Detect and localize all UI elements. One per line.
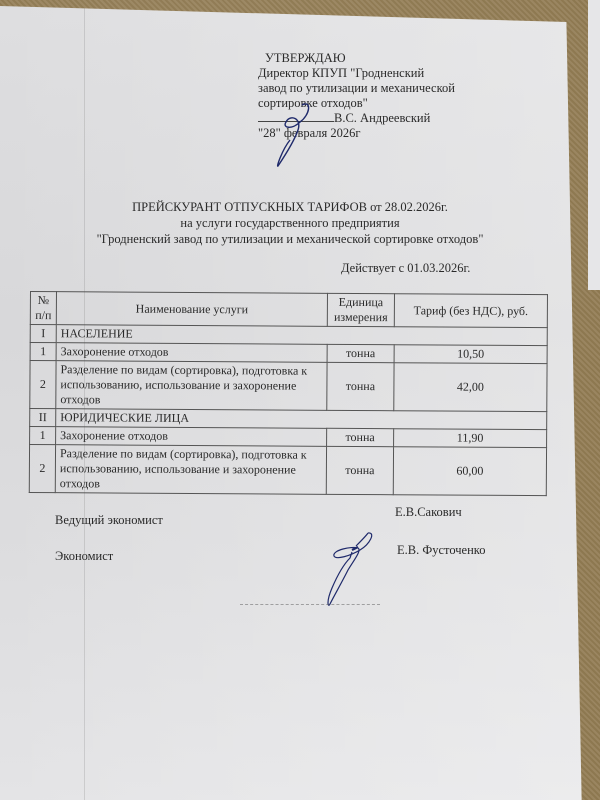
row-unit: тонна — [327, 428, 394, 446]
approval-line-1: Директор КПУП "Гродненский — [258, 66, 455, 81]
row-unit: тонна — [326, 446, 393, 494]
row-number: 2 — [29, 445, 55, 493]
approval-signer: В.С. Андреевский — [334, 111, 430, 125]
signer-position-economist: Экономист — [55, 549, 113, 564]
background-document-edge — [588, 0, 600, 290]
row-service-name: Разделение по видам (сортировка), подгот… — [55, 445, 326, 495]
row-tariff: 10,50 — [394, 345, 547, 364]
approval-line-2: завод по утилизации и механической — [258, 81, 455, 96]
row-number: 1 — [30, 427, 56, 445]
title-line-3: "Гродненский завод по утилизации и механ… — [60, 231, 520, 247]
row-tariff: 11,90 — [394, 429, 547, 448]
tariff-table: № п/п Наименование услуги Единица измере… — [29, 291, 548, 496]
approval-title: УТВЕРЖДАЮ — [258, 51, 455, 66]
row-number: 2 — [30, 361, 56, 409]
row-tariff: 60,00 — [393, 447, 546, 496]
title-line-1: ПРЕЙСКУРАНТ ОТПУСКНЫХ ТАРИФОВ от 28.02.2… — [60, 199, 520, 215]
row-number: 1 — [30, 343, 56, 361]
table-header-row: № п/п Наименование услуги Единица измере… — [30, 292, 547, 328]
effective-date: Действует с 01.03.2026г. — [341, 261, 470, 276]
section-number: I — [30, 325, 56, 343]
section-number: II — [30, 409, 56, 427]
header-tariff: Тариф (без НДС), руб. — [394, 294, 547, 328]
economist-signature-icon — [318, 530, 378, 610]
signer-name-economist: Е.В. Фусточенко — [397, 543, 485, 558]
table-row: 2 Разделение по видам (сортировка), подг… — [29, 445, 546, 496]
signer-position-lead-economist: Ведущий экономист — [55, 513, 163, 528]
header-number: № п/п — [30, 292, 56, 325]
signer-name-lead-economist: Е.В.Сакович — [395, 505, 462, 520]
row-service-name: Разделение по видам (сортировка), подгот… — [56, 361, 327, 411]
row-unit: тонна — [327, 362, 394, 410]
header-service-name: Наименование услуги — [56, 292, 327, 327]
title-line-2: на услуги государственного предприятия — [60, 215, 520, 231]
document-title: ПРЕЙСКУРАНТ ОТПУСКНЫХ ТАРИФОВ от 28.02.2… — [60, 199, 520, 247]
row-tariff: 42,00 — [394, 363, 547, 412]
director-signature-icon — [272, 100, 322, 170]
header-unit: Единица измерения — [327, 293, 394, 326]
row-service-name: Захоронение отходов — [56, 427, 327, 447]
table-row: 2 Разделение по видам (сортировка), подг… — [30, 361, 547, 412]
row-unit: тонна — [327, 344, 394, 362]
faint-print-marks — [240, 604, 380, 607]
row-service-name: Захоронение отходов — [56, 343, 327, 363]
